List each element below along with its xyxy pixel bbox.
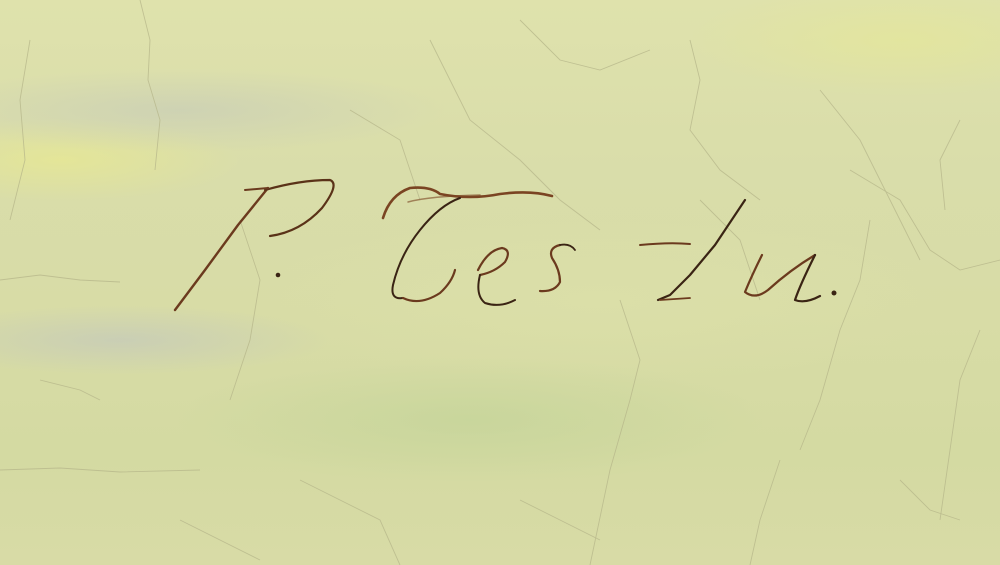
signature-letter-p [175, 180, 334, 310]
signature-letter-s [540, 245, 575, 292]
signature [0, 0, 1000, 565]
signature-letter-t [383, 188, 552, 301]
signature-letter-t-lower [640, 200, 745, 300]
painting-surface: P. Testu. [0, 0, 1000, 565]
signature-letter-u [745, 255, 837, 301]
signature-letter-e [478, 248, 515, 305]
